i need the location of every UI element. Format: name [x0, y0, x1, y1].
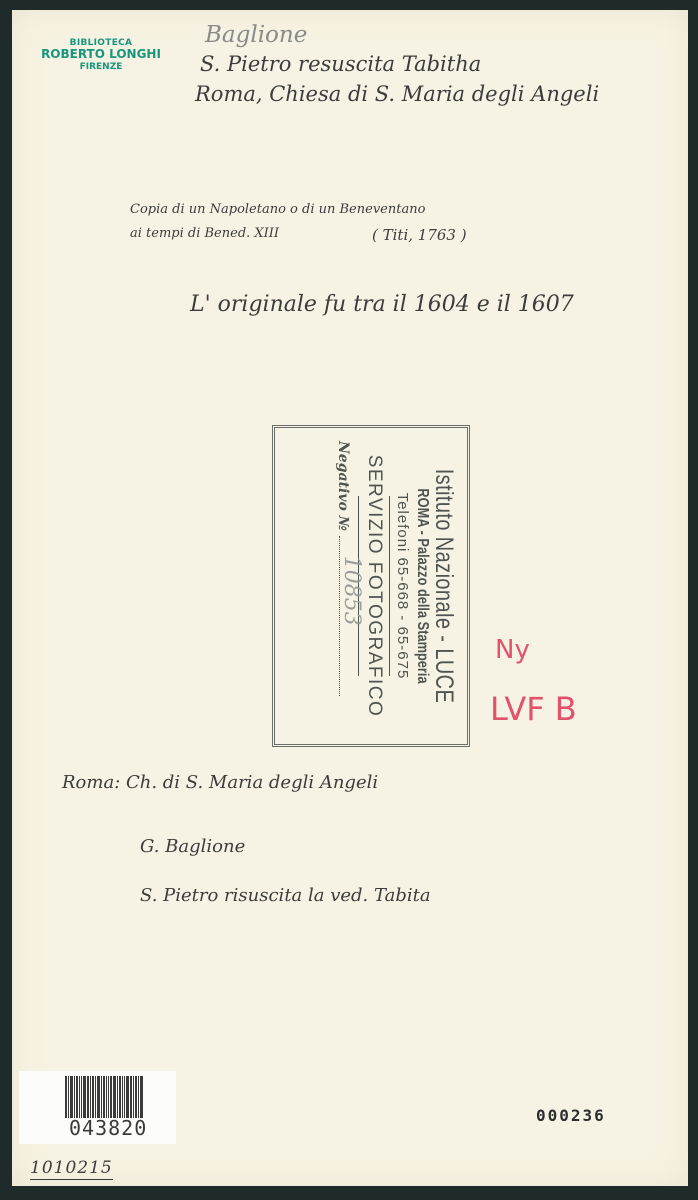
original-date-note: L' originale fu tra il 1604 e il 1607: [190, 292, 574, 317]
barcode-number: 043820: [69, 1116, 147, 1140]
attribution-citation: ( Titi, 1763 ): [372, 226, 467, 244]
subject-note: S. Pietro resuscita Tabitha: [200, 52, 481, 76]
luce-stamp: Istituto Nazionale - LUCE ROMA - Palazzo…: [272, 425, 470, 747]
attribution-line1: Copia di un Napoletano o di un Beneventa…: [130, 202, 425, 217]
library-stamp-line3: FIRENZE: [36, 62, 166, 72]
barcode-icon: [65, 1076, 163, 1118]
attribution-line2: ai tempi di Bened. XIII: [130, 226, 279, 241]
serial-number: 000236: [536, 1106, 606, 1125]
negative-row: Negativo № 10853: [335, 431, 354, 741]
red-mark-line2: LVF B: [490, 690, 577, 728]
negative-label: Negativo №: [335, 441, 351, 531]
library-stamp: BIBLIOTECA ROBERTO LONGHI FIRENZE: [36, 38, 166, 72]
lower-note-line3: S. Pietro risuscita la ved. Tabita: [140, 885, 431, 906]
library-stamp-line2: ROBERTO LONGHI: [36, 48, 166, 62]
location-note: Roma, Chiesa di S. Maria degli Angeli: [195, 82, 599, 106]
negative-number: 10853: [339, 556, 364, 626]
ornament-divider: [389, 496, 390, 676]
luce-service: SERVIZIO FOTOGRAFICO: [363, 431, 385, 741]
inventory-number: 1010215: [30, 1158, 113, 1180]
barcode-label: 043820: [19, 1071, 176, 1144]
lower-note-line2: G. Baglione: [140, 836, 245, 857]
luce-phones: Telefoni 65-668 - 65-675: [394, 431, 411, 741]
lower-note-line1: Roma: Ch. di S. Maria degli Angeli: [62, 772, 378, 793]
artist-pencil-note: Baglione: [205, 22, 307, 48]
luce-address: ROMA - Palazzo della Stamperia: [413, 462, 431, 710]
red-mark-line1: Ny: [495, 635, 530, 665]
luce-title: Istituto Nazionale - LUCE: [429, 462, 458, 710]
